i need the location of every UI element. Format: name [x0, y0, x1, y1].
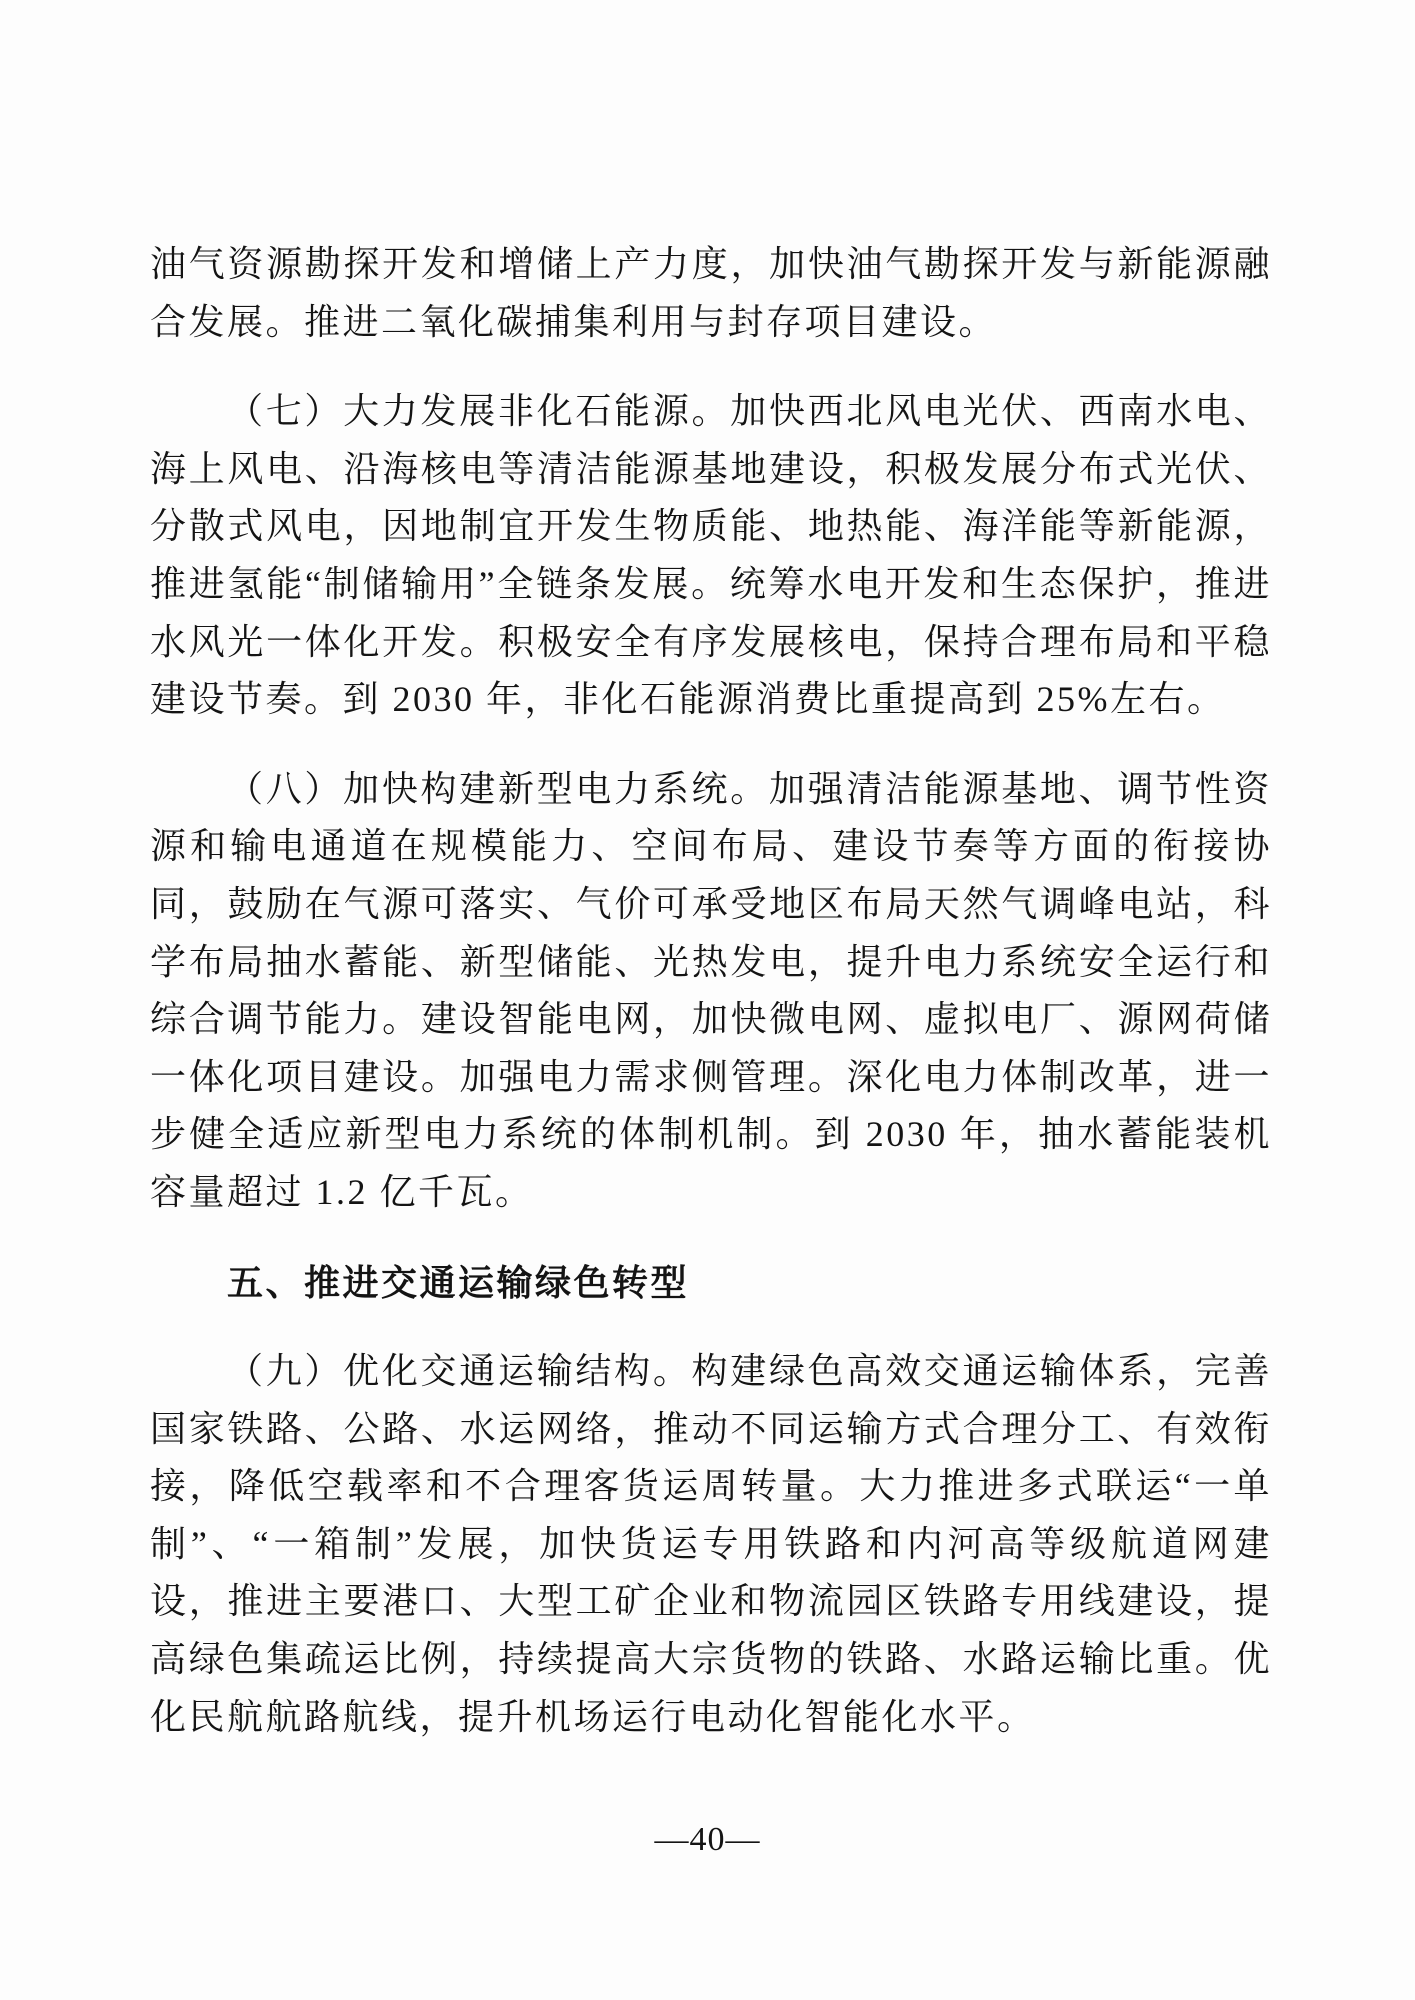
document-body: 油气资源勘探开发和增储上产力度，加快油气勘探开发与新能源融合发展。推进二氧化碳捕… [150, 236, 1272, 1746]
paragraph-9-transport-structure: （九）优化交通运输结构。构建绿色高效交通运输体系，完善国家铁路、公路、水运网络，… [150, 1343, 1272, 1746]
section-heading-transport-transition: 五、推进交通运输绿色转型 [150, 1254, 1272, 1312]
paragraph-7-nonfossil-energy: （七）大力发展非化石能源。加快西北风电光伏、西南水电、海上风电、沿海核电等清洁能… [150, 383, 1272, 729]
document-page: 油气资源勘探开发和增储上产力度，加快油气勘探开发与新能源融合发展。推进二氧化碳捕… [0, 0, 1415, 2000]
paragraph-8-power-system: （八）加快构建新型电力系统。加强清洁能源基地、调节性资源和输电通道在规模能力、空… [150, 761, 1272, 1222]
page-number: —40— [655, 1821, 761, 1858]
page-footer: —40— [0, 1818, 1415, 1862]
paragraph-continuation: 油气资源勘探开发和增储上产力度，加快油气勘探开发与新能源融合发展。推进二氧化碳捕… [150, 236, 1272, 351]
